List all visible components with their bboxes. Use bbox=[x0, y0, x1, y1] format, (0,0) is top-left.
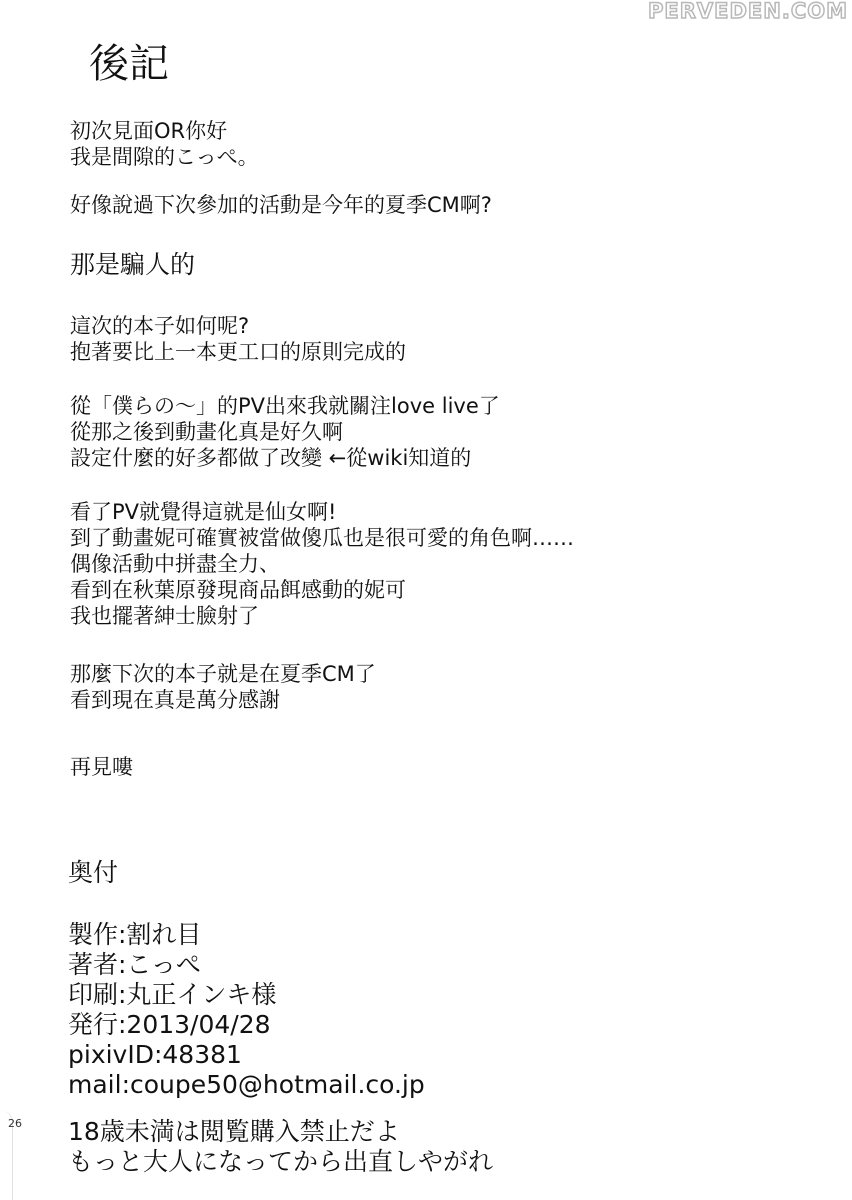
page-title: 後記 bbox=[89, 40, 169, 88]
text-line: 看到現在真是萬分感謝 bbox=[70, 687, 376, 713]
text-line: 從那之後到動畫化真是好久啊 bbox=[70, 419, 500, 445]
colophon-production: 製作:割れ目 bbox=[68, 920, 425, 950]
text-line: 到了動畫妮可確實被當做傻瓜也是很可愛的角色啊…… bbox=[70, 525, 574, 551]
paragraph-nico: 看了PV就覺得這就是仙女啊! 到了動畫妮可確實被當做傻瓜也是很可愛的角色啊…… … bbox=[70, 499, 574, 629]
paragraph-bye: 再見嘍 bbox=[70, 754, 133, 780]
text-line: 好像說過下次參加的活動是今年的夏季CM啊? bbox=[70, 192, 492, 218]
text-line: 那麼下次的本子就是在夏季CM了 bbox=[70, 661, 376, 687]
paragraph-next: 那麼下次的本子就是在夏季CM了 看到現在真是萬分感謝 bbox=[70, 661, 376, 713]
text-line: 抱著要比上一本更工口的原則完成的 bbox=[70, 339, 406, 365]
paragraph-lie: 那是騙人的 bbox=[70, 252, 195, 278]
text-line: 看了PV就覺得這就是仙女啊! bbox=[70, 499, 574, 525]
text-line: もっと大人になってから出直しやがれ bbox=[68, 1147, 493, 1177]
paragraph-book: 這次的本子如何呢? 抱著要比上一本更工口的原則完成的 bbox=[70, 313, 406, 365]
text-line: 再見嘍 bbox=[70, 754, 133, 780]
age-warning: 18歳未満は閲覧購入禁止だよ もっと大人になってから出直しやがれ bbox=[68, 1117, 493, 1177]
colophon-details: 製作:割れ目 著者:こっぺ 印刷:丸正インキ様 発行:2013/04/28 pi… bbox=[68, 920, 425, 1100]
paragraph-lovelive: 從「僕らの～」的PV出來我就關注love live了 從那之後到動畫化真是好久啊… bbox=[70, 393, 500, 471]
colophon-author: 著者:こっぺ bbox=[68, 950, 425, 980]
page-number: 26 bbox=[8, 1117, 22, 1130]
text-line: 設定什麼的好多都做了改變 ←從wiki知道的 bbox=[70, 445, 500, 471]
colophon-printer: 印刷:丸正インキ様 bbox=[68, 980, 425, 1010]
text-line: 看到在秋葉原發現商品餌感動的妮可 bbox=[70, 577, 574, 603]
watermark: PERVEDEN.COM bbox=[598, 0, 852, 22]
colophon-pixiv: pixivID:48381 bbox=[68, 1040, 425, 1070]
text-line: 偶像活動中拼盡全力、 bbox=[70, 551, 574, 577]
paragraph-event: 好像說過下次參加的活動是今年的夏季CM啊? bbox=[70, 192, 492, 218]
colophon-heading: 奥付 bbox=[68, 858, 118, 888]
text-line: 18歳未満は閲覧購入禁止だよ bbox=[68, 1117, 493, 1147]
text-line: 從「僕らの～」的PV出來我就關注love live了 bbox=[70, 393, 500, 419]
text-line: 我是間隙的こっぺ。 bbox=[70, 144, 259, 170]
text-line: 初次見面OR你好 bbox=[70, 118, 259, 144]
text-line: 我也擺著紳士臉射了 bbox=[70, 603, 574, 629]
text-line: 這次的本子如何呢? bbox=[70, 313, 406, 339]
colophon-mail: mail:coupe50@hotmail.co.jp bbox=[68, 1070, 425, 1100]
colophon-date: 発行:2013/04/28 bbox=[68, 1010, 425, 1040]
paragraph-greeting: 初次見面OR你好 我是間隙的こっぺ。 bbox=[70, 118, 259, 170]
text-line: 那是騙人的 bbox=[70, 252, 195, 278]
